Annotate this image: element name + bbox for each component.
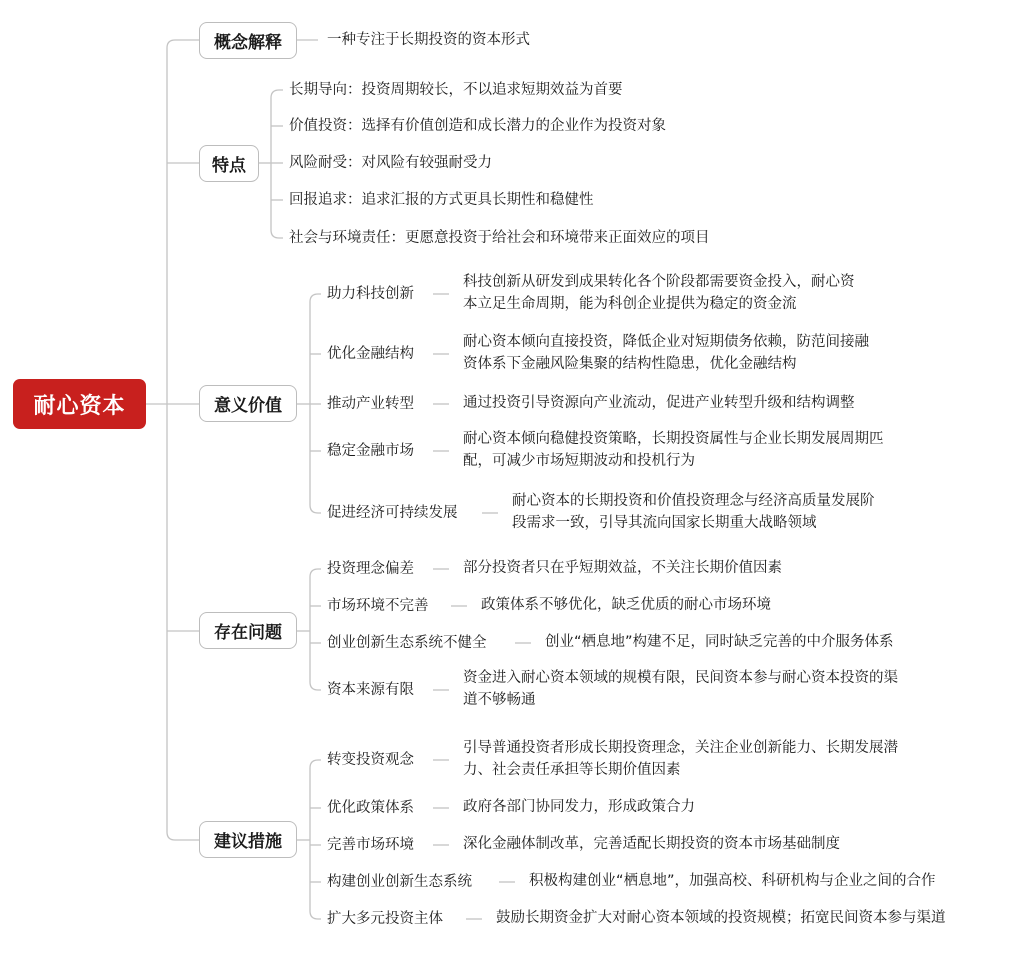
significance-item-label[interactable]: 助力科技创新 (327, 284, 414, 304)
desc-line: 资体系下金融风险集聚的结构性隐患，优化金融结构 (463, 353, 869, 375)
significance-item-label[interactable]: 优化金融结构 (327, 344, 414, 364)
feature-item[interactable]: 社会与环境责任：更愿意投资于给社会和环境带来正面效应的项目 (289, 228, 710, 248)
mind-map: 耐心资本 概念解释 一种专注于长期投资的资本形式 特点 长期导向：投资周期较长，… (0, 0, 1020, 956)
branch-problems[interactable]: 存在问题 (199, 612, 297, 649)
desc-line: 引导普通投资者形成长期投资理念，关注企业创新能力、长期发展潜 (463, 737, 898, 759)
desc-line: 段需求一致，引导其流向国家长期重大战略领域 (512, 512, 875, 534)
problem-item-label[interactable]: 创业创新生态系统不健全 (327, 633, 487, 653)
problem-item-desc: 政策体系不够优化，缺乏优质的耐心市场环境 (481, 594, 771, 616)
problem-item-label[interactable]: 投资理念偏差 (327, 559, 414, 579)
problem-item-label[interactable]: 资本来源有限 (327, 680, 414, 700)
suggestion-item-desc: 鼓励长期资金扩大对耐心资本领域的投资规模；拓宽民间资本参与渠道 (496, 907, 946, 929)
significance-item-label[interactable]: 促进经济可持续发展 (327, 503, 458, 523)
significance-item-desc: 耐心资本倾向稳健投资策略，长期投资属性与企业长期发展周期匹 配，可减少市场短期波… (463, 428, 884, 472)
suggestion-item-label[interactable]: 构建创业创新生态系统 (327, 872, 472, 892)
problem-item-desc: 创业“栖息地”构建不足，同时缺乏完善的中介服务体系 (545, 631, 894, 653)
desc-line: 力、社会责任承担等长期价值因素 (463, 759, 898, 781)
desc-line: 配，可减少市场短期波动和投机行为 (463, 450, 884, 472)
significance-item-desc: 耐心资本的长期投资和价值投资理念与经济高质量发展阶 段需求一致，引导其流向国家长… (512, 490, 875, 534)
suggestion-item-label[interactable]: 扩大多元投资主体 (327, 909, 443, 929)
desc-line: 耐心资本倾向稳健投资策略，长期投资属性与企业长期发展周期匹 (463, 428, 884, 450)
desc-line: 耐心资本的长期投资和价值投资理念与经济高质量发展阶 (512, 490, 875, 512)
suggestion-item-desc: 深化金融体制改革，完善适配长期投资的资本市场基础制度 (463, 833, 840, 855)
suggestion-item-label[interactable]: 优化政策体系 (327, 798, 414, 818)
desc-line: 政策体系不够优化，缺乏优质的耐心市场环境 (481, 594, 771, 616)
feature-item[interactable]: 风险耐受：对风险有较强耐受力 (289, 153, 492, 173)
problem-item-label[interactable]: 市场环境不完善 (327, 596, 429, 616)
suggestion-item-desc: 积极构建创业“栖息地”，加强高校、科研机构与企业之间的合作 (529, 870, 936, 892)
concept-description: 一种专注于长期投资的资本形式 (327, 29, 530, 51)
significance-item-label[interactable]: 推动产业转型 (327, 394, 414, 414)
desc-line: 资金进入耐心资本领域的规模有限，民间资本参与耐心资本投资的渠 (463, 667, 898, 689)
desc-line: 创业“栖息地”构建不足，同时缺乏完善的中介服务体系 (545, 631, 894, 653)
desc-line: 深化金融体制改革，完善适配长期投资的资本市场基础制度 (463, 833, 840, 855)
branch-features[interactable]: 特点 (199, 145, 259, 182)
suggestion-item-label[interactable]: 转变投资观念 (327, 750, 414, 770)
branch-suggestions[interactable]: 建议措施 (199, 821, 297, 858)
desc-line: 通过投资引导资源向产业流动，促进产业转型升级和结构调整 (463, 392, 855, 414)
suggestion-item-desc: 引导普通投资者形成长期投资理念，关注企业创新能力、长期发展潜 力、社会责任承担等… (463, 737, 898, 781)
desc-line: 本立足生命周期，能为科创企业提供为稳定的资金流 (463, 293, 855, 315)
feature-item[interactable]: 价值投资：选择有价值创造和成长潜力的企业作为投资对象 (289, 116, 666, 136)
desc-line: 部分投资者只在乎短期效益，不关注长期价值因素 (463, 557, 782, 579)
desc-line: 道不够畅通 (463, 689, 898, 711)
desc-line: 政府各部门协同发力，形成政策合力 (463, 796, 695, 818)
suggestion-item-desc: 政府各部门协同发力，形成政策合力 (463, 796, 695, 818)
significance-item-desc: 科技创新从研发到成果转化各个阶段都需要资金投入，耐心资 本立足生命周期，能为科创… (463, 271, 855, 315)
desc-line: 积极构建创业“栖息地”，加强高校、科研机构与企业之间的合作 (529, 870, 936, 892)
desc-line: 耐心资本倾向直接投资，降低企业对短期债务依赖，防范间接融 (463, 331, 869, 353)
significance-item-desc: 通过投资引导资源向产业流动，促进产业转型升级和结构调整 (463, 392, 855, 414)
problem-item-desc: 部分投资者只在乎短期效益，不关注长期价值因素 (463, 557, 782, 579)
significance-item-desc: 耐心资本倾向直接投资，降低企业对短期债务依赖，防范间接融 资体系下金融风险集聚的… (463, 331, 869, 375)
significance-item-label[interactable]: 稳定金融市场 (327, 441, 414, 461)
feature-item[interactable]: 回报追求：追求汇报的方式更具长期性和稳健性 (289, 190, 594, 210)
feature-item[interactable]: 长期导向：投资周期较长，不以追求短期效益为首要 (289, 80, 623, 100)
branch-significance[interactable]: 意义价值 (199, 385, 297, 422)
problem-item-desc: 资金进入耐心资本领域的规模有限，民间资本参与耐心资本投资的渠 道不够畅通 (463, 667, 898, 711)
desc-line: 科技创新从研发到成果转化各个阶段都需要资金投入，耐心资 (463, 271, 855, 293)
root-node[interactable]: 耐心资本 (13, 379, 146, 429)
branch-concept[interactable]: 概念解释 (199, 22, 297, 59)
desc-line: 鼓励长期资金扩大对耐心资本领域的投资规模；拓宽民间资本参与渠道 (496, 907, 946, 929)
suggestion-item-label[interactable]: 完善市场环境 (327, 835, 414, 855)
